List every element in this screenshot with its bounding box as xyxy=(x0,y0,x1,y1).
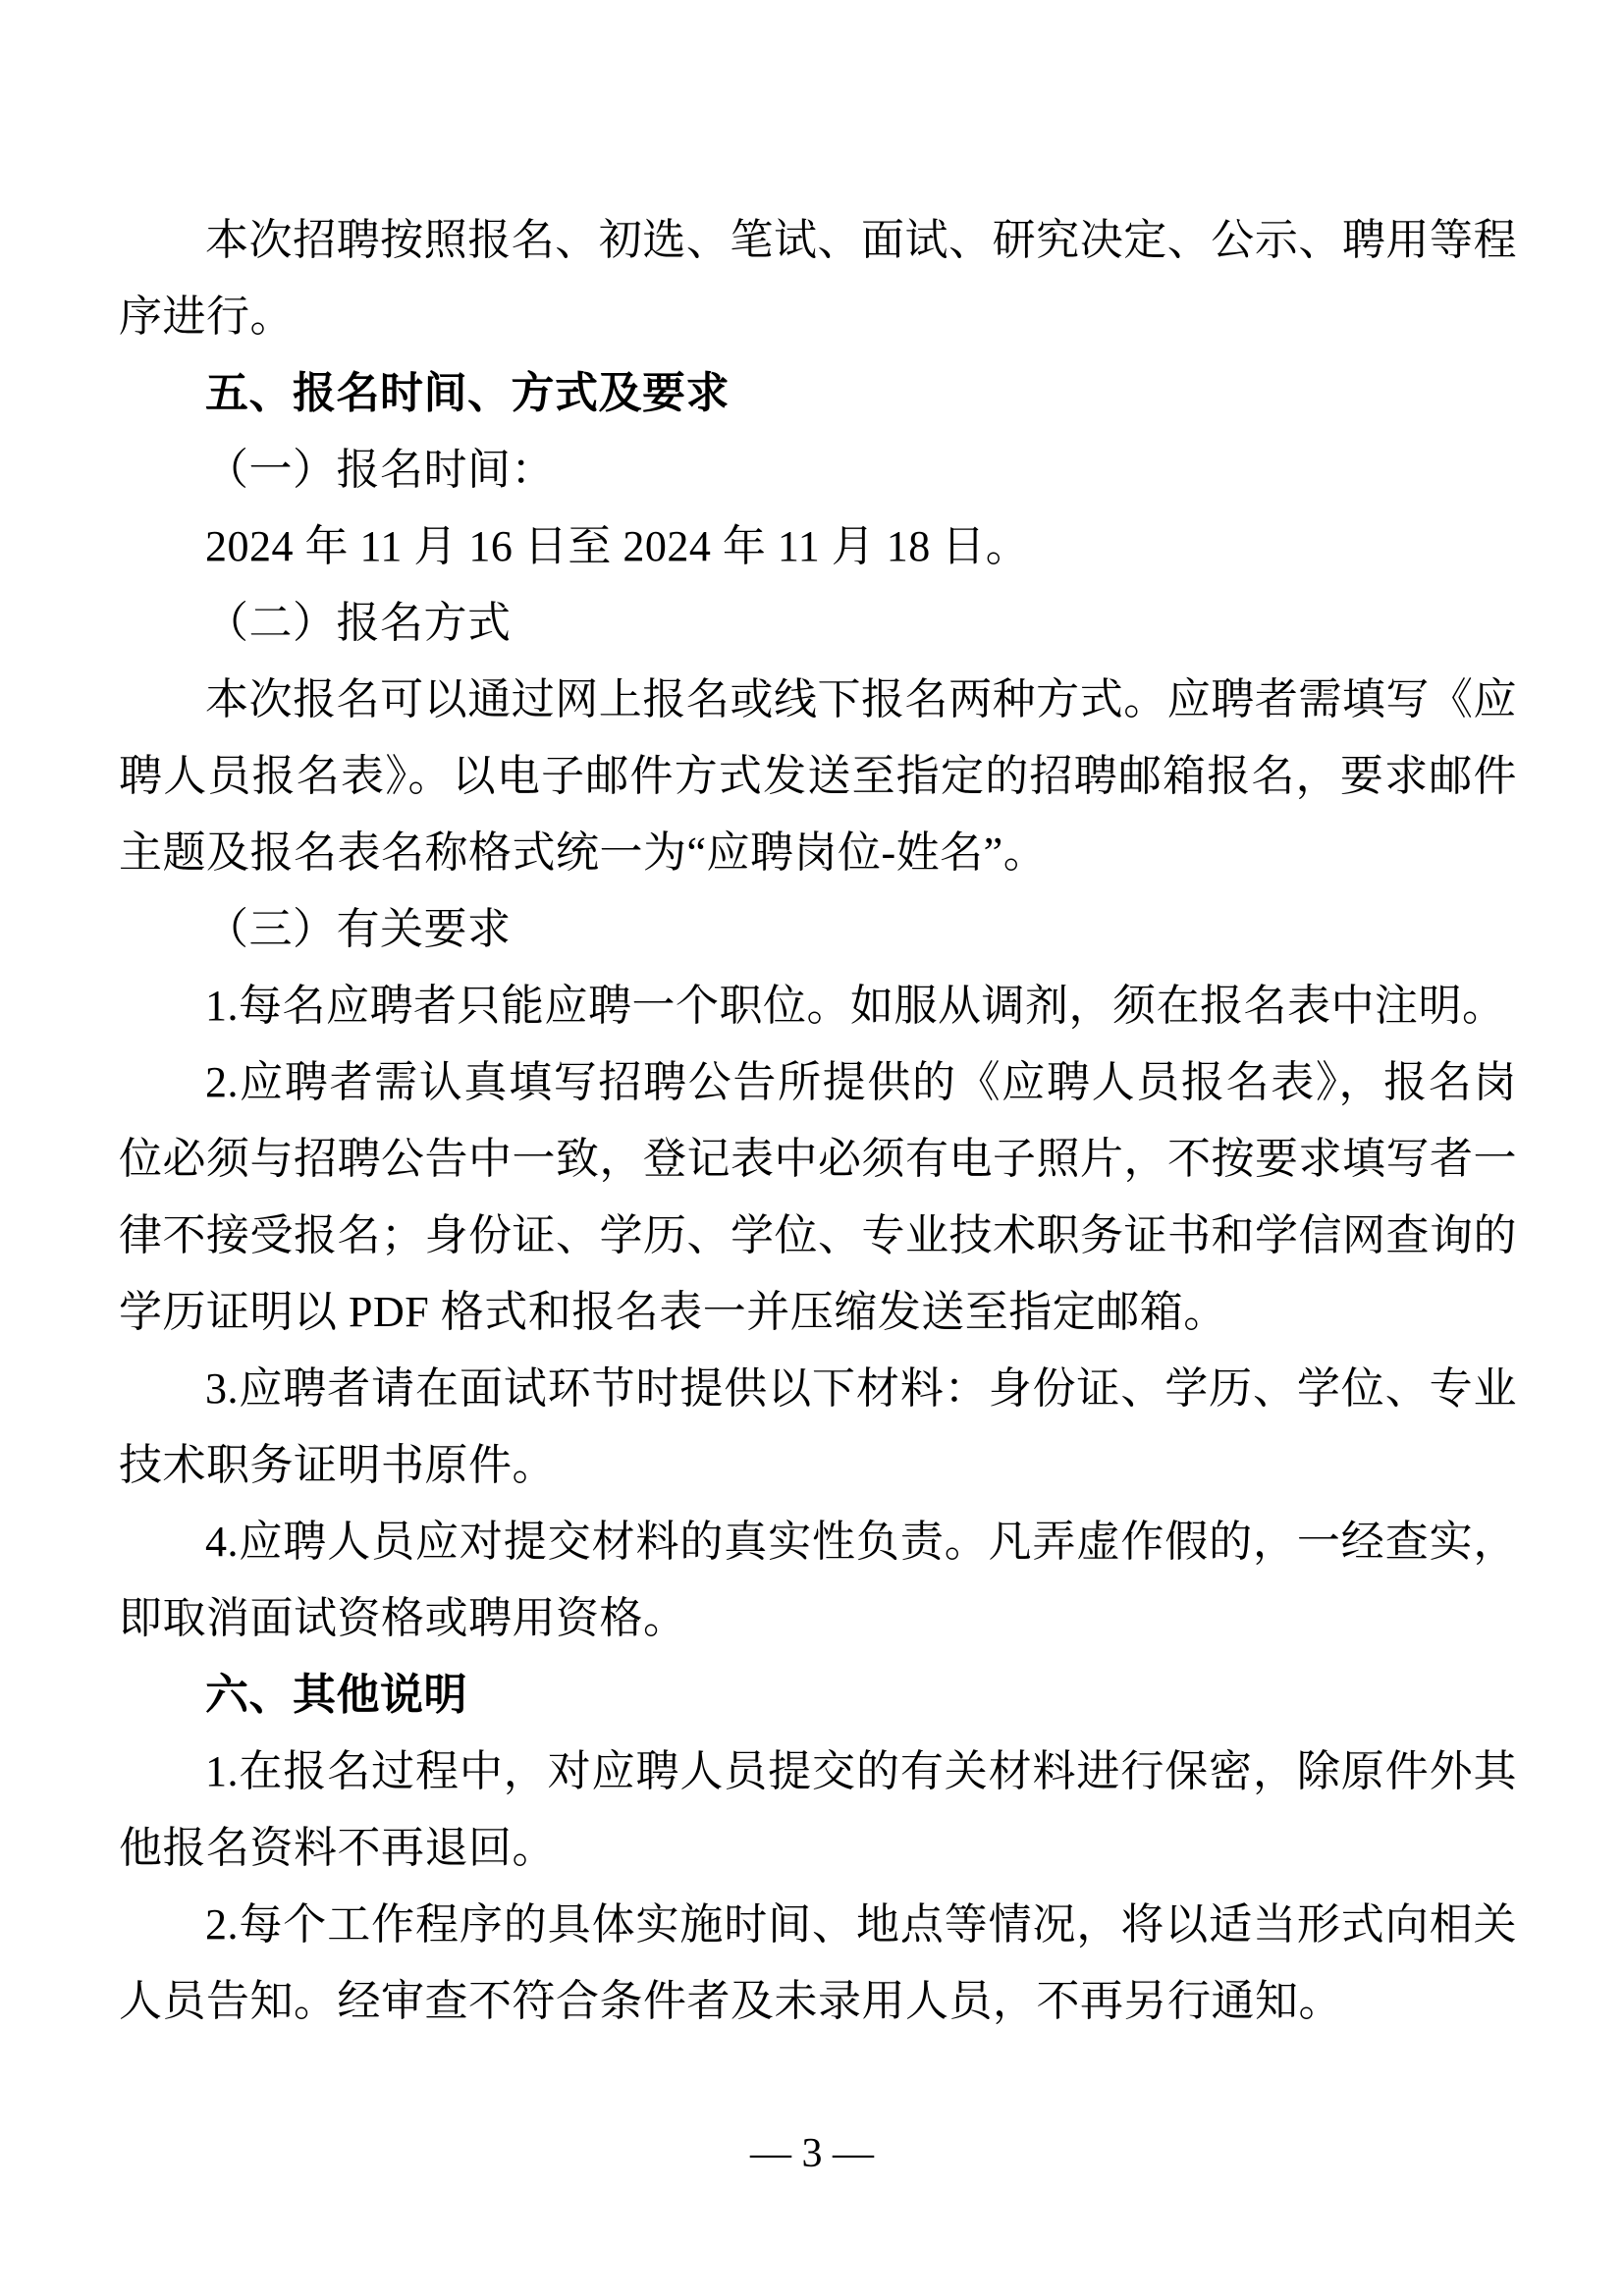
paragraph-requirement-3: 3.应聘者请在面试环节时提供以下材料：身份证、学历、学位、专业技术职务证明书原件… xyxy=(119,1351,1517,1504)
paragraph-requirement-1: 1.每名应聘者只能应聘一个职位。如服从调剂，须在报名表中注明。 xyxy=(119,968,1517,1044)
subheading-requirements: （三）有关要求 xyxy=(119,891,1517,968)
subheading-registration-time: （一）报名时间： xyxy=(119,432,1517,508)
document-page: 本次招聘按照报名、初选、笔试、面试、研究决定、公示、聘用等程序进行。 五、报名时… xyxy=(0,0,1624,2296)
paragraph-procedure: 本次招聘按照报名、初选、笔试、面试、研究决定、公示、聘用等程序进行。 xyxy=(119,202,1517,355)
paragraph-other-note-2: 2.每个工作程序的具体实施时间、地点等情况，将以适当形式向相关人员告知。经审查不… xyxy=(119,1887,1517,2040)
section-heading-6: 六、其他说明 xyxy=(119,1657,1517,1734)
paragraph-registration-method: 本次报名可以通过网上报名或线下报名两种方式。应聘者需填写《应聘人员报名表》。以电… xyxy=(119,662,1517,891)
section-heading-5: 五、报名时间、方式及要求 xyxy=(119,355,1517,432)
page-number: — 3 — xyxy=(0,2124,1624,2183)
document-body: 本次招聘按照报名、初选、笔试、面试、研究决定、公示、聘用等程序进行。 五、报名时… xyxy=(119,202,1517,2040)
paragraph-requirement-4: 4.应聘人员应对提交材料的真实性负责。凡弄虚作假的，一经查实，即取消面试资格或聘… xyxy=(119,1504,1517,1657)
paragraph-requirement-2: 2.应聘者需认真填写招聘公告所提供的《应聘人员报名表》，报名岗位必须与招聘公告中… xyxy=(119,1044,1517,1351)
paragraph-other-note-1: 1.在报名过程中，对应聘人员提交的有关材料进行保密，除原件外其他报名资料不再退回… xyxy=(119,1734,1517,1887)
subheading-registration-method: （二）报名方式 xyxy=(119,585,1517,662)
paragraph-registration-dates: 2024 年 11 月 16 日至 2024 年 11 月 18 日。 xyxy=(119,508,1517,585)
